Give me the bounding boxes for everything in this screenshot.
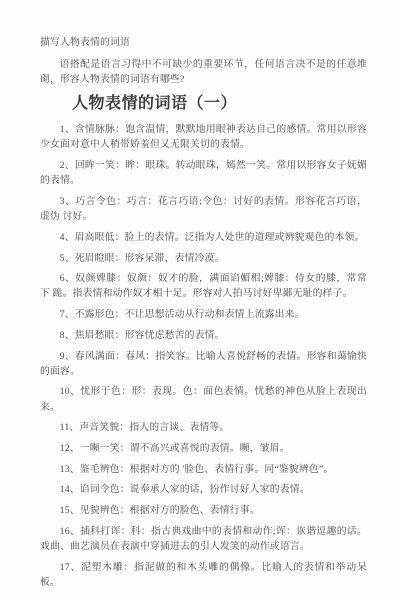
expression-item-13: 13、鉴毛辨色：根据对方的 '脸色、表情行事。同“鉴貌辨色”。	[40, 462, 367, 477]
expression-item-14: 14、谄词令色：说奉承人家的话，扮作讨好人家的表情。	[40, 482, 367, 497]
expression-item-3: 3、巧言令色：巧言：花言巧语;令色：讨好的表情。形容花言巧语，虚伪 讨好。	[40, 194, 367, 224]
expression-item-9: 9、春风满面：春风：指笑容。比喻人喜悦舒畅的表情。形容和蔼愉快的面容。	[40, 349, 367, 379]
document-page: 描写人物表情的词语 语搭配是语言习得中不可缺少的重要环节，任何语言决不是的任意堆…	[0, 0, 401, 600]
document-title: 描写人物表情的词语	[40, 35, 367, 50]
expression-item-11: 11、声音笑貌：指人的言谈、表情等。	[40, 420, 367, 435]
expression-item-2: 2、回眸一笑：眸：眼珠。转动眼珠，嫣然一笑。常用以形容女子妩媚的表情。	[40, 158, 367, 188]
expression-item-4: 4、眉高眼低：脸上的表情。泛指为人处世的道理或辨貌观色的本领。	[40, 230, 367, 245]
expression-item-16: 16、插科打诨：科：指古典戏曲中的表情和动作;诨：诙谐逗趣的话。戏曲、曲艺演员在…	[40, 524, 367, 554]
expression-item-8: 8、焦眉愁眼：形容忧虑愁苦的表情。	[40, 328, 367, 343]
expression-item-12: 12、一嚬一笑：谓不高兴或喜悦的表情。嚬，皱眉。	[40, 441, 367, 456]
expression-item-6: 6、奴颜婢膝：奴颜：奴才的脸，满面谄媚相;婢膝：侍女的膝，常常下 跪。指表情和动…	[40, 271, 367, 301]
expression-item-10: 10、忧形于色：形：表现。色：面色表情。忧愁的神色从脸上表现出来。	[40, 384, 367, 414]
expression-item-7: 7、不露形色：不让思想活动从行动和表情上流露出来。	[40, 307, 367, 322]
expression-item-5: 5、死眉瞪眼：形容呆滞，表情冷漠。	[40, 251, 367, 266]
expression-item-15: 15、见貌辨色：根据对方的脸色、表情行事。	[40, 503, 367, 518]
section-heading: 人物表情的词语（一）	[40, 93, 367, 115]
expression-item-1: 1、含情脉脉：饱含温情，默默地用眼神表达自己的感情。常用以形容少女面对意中人稍带…	[40, 122, 367, 152]
intro-paragraph: 语搭配是语言习得中不可缺少的重要环节，任何语言决不是的任意堆砌，形容人物表情的词…	[40, 57, 367, 87]
expression-item-17: 17、泥塑木雕：指泥做的和木头雕的偶像。比喻人的表情和举动呆板。	[40, 560, 367, 590]
